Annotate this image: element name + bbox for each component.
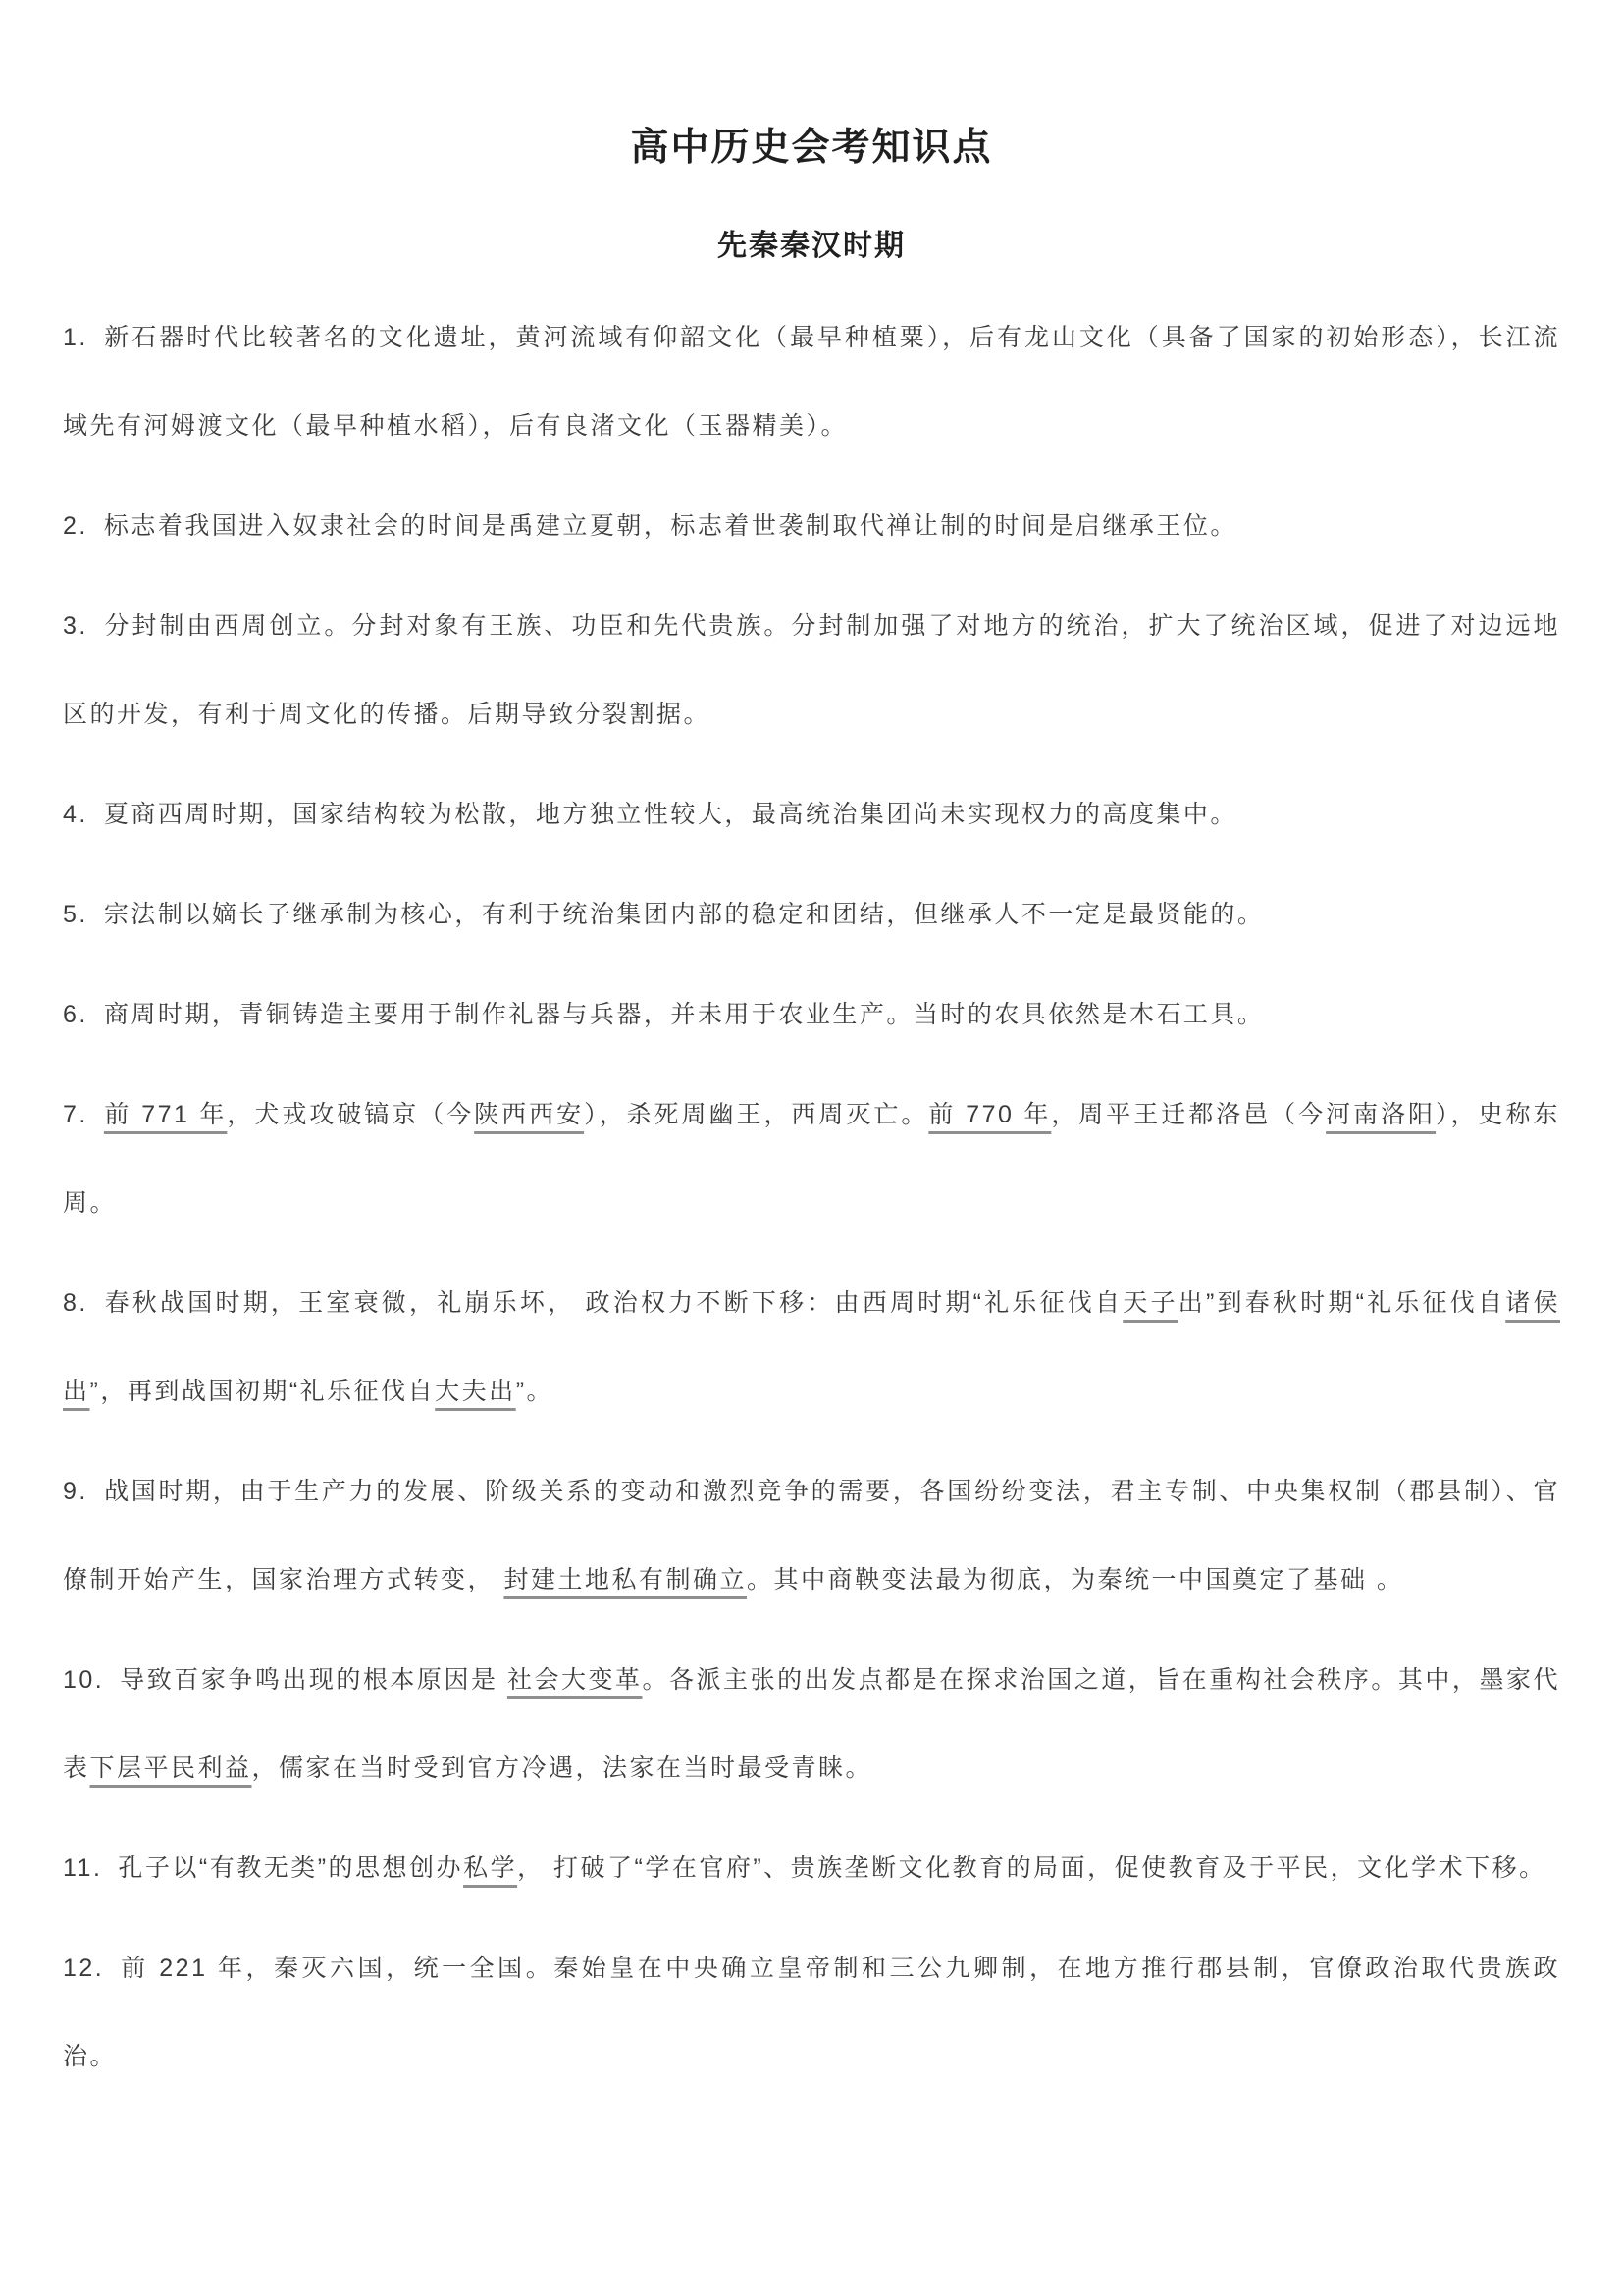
text-segment: 分封制由西周创立。分封对象有王族、功臣和先代贵族。分封制加强了对地方的统治，扩大… — [63, 612, 1560, 728]
item-number: 5. — [63, 901, 88, 928]
text-segment: 商周时期，青铜铸造主要用于制作礼器与兵器，并未用于农业生产。当时的农具依然是木石… — [104, 1001, 1265, 1028]
list-item: 1.新石器时代比较著名的文化遗址，黄河流域有仰韶文化（最早种植粟），后有龙山文化… — [63, 293, 1560, 470]
item-number: 3. — [63, 612, 88, 640]
item-number: 9. — [63, 1478, 88, 1505]
list-item: 4.夏商西周时期，国家结构较为松散，地方独立性较大，最高统治集团尚未实现权力的高… — [63, 770, 1560, 859]
list-item: 11.孔子以“有教无类”的思想创办私学， 打破了“学在官府”、贵族垄断文化教育的… — [63, 1824, 1560, 1912]
list-item: 9.战国时期，由于生产力的发展、阶级关系的变动和激烈竞争的需要，各国纷纷变法，君… — [63, 1447, 1560, 1624]
underlined-text: 河南洛阳 — [1326, 1101, 1436, 1128]
item-number: 11. — [63, 1854, 102, 1882]
list-item: 6.商周时期，青铜铸造主要用于制作礼器与兵器，并未用于农业生产。当时的农具依然是… — [63, 970, 1560, 1059]
text-segment: ”，再到战国初期“礼乐征伐自 — [90, 1378, 436, 1405]
document-page: 高中历史会考知识点 先秦秦汉时期 1.新石器时代比较著名的文化遗址，黄河流域有仰… — [0, 0, 1623, 2296]
underlined-text: 天子 — [1123, 1289, 1178, 1317]
list-item: 5.宗法制以嫡长子继承制为核心，有利于统治集团内部的稳定和团结，但继承人不一定是… — [63, 870, 1560, 959]
text-segment: 。其中商鞅变法最为彻底，为秦统一中国奠定了基础 。 — [747, 1566, 1403, 1593]
knowledge-points-list: 1.新石器时代比较著名的文化遗址，黄河流域有仰韶文化（最早种植粟），后有龙山文化… — [63, 293, 1560, 2101]
item-number: 1. — [63, 324, 88, 351]
text-segment: 孔子以“有教无类”的思想创办 — [118, 1854, 463, 1882]
underlined-text: 前 770 年 — [928, 1101, 1051, 1128]
item-number: 7. — [63, 1101, 88, 1128]
list-item: 8.春秋战国时期，王室衰微，礼崩乐坏， 政治权力不断下移：由西周时期“礼乐征伐自… — [63, 1259, 1560, 1435]
list-item: 2.标志着我国进入奴隶社会的时间是禹建立夏朝，标志着世袭制取代禅让制的时间是启继… — [63, 482, 1560, 570]
item-number: 4. — [63, 801, 88, 828]
text-segment: ”。 — [516, 1378, 553, 1405]
text-segment: ，周平王迁都洛邑（今 — [1051, 1101, 1326, 1128]
item-number: 10. — [63, 1666, 104, 1694]
item-number: 2. — [63, 512, 88, 540]
underlined-text: 私学 — [463, 1854, 517, 1882]
text-segment: 出”到春秋时期“礼乐征伐自 — [1178, 1289, 1506, 1317]
item-number: 8. — [63, 1289, 88, 1317]
list-item: 10.导致百家争鸣出现的根本原因是 社会大变革。各派主张的出发点都是在探求治国之… — [63, 1636, 1560, 1812]
text-segment: ，儒家在当时受到官方冷遇，法家在当时最受青睐。 — [252, 1754, 873, 1782]
list-item: 7.前 771 年，犬戎攻破镐京（今陕西西安），杀死周幽王，西周灭亡。前 770… — [63, 1070, 1560, 1247]
text-segment: 新石器时代比较著名的文化遗址，黄河流域有仰韶文化（最早种植粟），后有龙山文化（具… — [63, 324, 1560, 440]
section-heading: 先秦秦汉时期 — [63, 229, 1560, 264]
text-segment: ， 打破了“学在官府”、贵族垄断文化教育的局面，促使教育及于平民，文化学术下移。 — [517, 1854, 1546, 1882]
underlined-text: 前 771 年 — [104, 1101, 228, 1128]
underlined-text: 下层平民利益 — [90, 1754, 252, 1782]
underlined-text: 大夫出 — [435, 1378, 516, 1405]
underlined-text: 封建土地私有制确立 — [503, 1566, 747, 1593]
list-item: 12.前 221 年，秦灭六国，统一全国。秦始皇在中央确立皇帝制和三公九卿制，在… — [63, 1924, 1560, 2101]
text-segment: 导致百家争鸣出现的根本原因是 — [120, 1666, 507, 1694]
underlined-text: 陕西西安 — [474, 1101, 584, 1128]
underlined-text: 社会大变革 — [507, 1666, 643, 1694]
text-segment: 宗法制以嫡长子继承制为核心，有利于统治集团内部的稳定和团结，但继承人不一定是最贤… — [104, 901, 1265, 928]
text-segment: 春秋战国时期，王室衰微，礼崩乐坏， 政治权力不断下移：由西周时期“礼乐征伐自 — [104, 1289, 1123, 1317]
text-segment: ），杀死周幽王，西周灭亡。 — [584, 1101, 928, 1128]
text-segment: 夏商西周时期，国家结构较为松散，地方独立性较大，最高统治集团尚未实现权力的高度集… — [104, 801, 1237, 828]
text-segment: ，犬戎攻破镐京（今 — [227, 1101, 474, 1128]
list-item: 3.分封制由西周创立。分封对象有王族、功臣和先代贵族。分封制加强了对地方的统治，… — [63, 582, 1560, 758]
text-segment: 前 221 年，秦灭六国，统一全国。秦始皇在中央确立皇帝制和三公九卿制，在地方推… — [63, 1955, 1560, 2070]
page-title: 高中历史会考知识点 — [63, 126, 1560, 172]
item-number: 6. — [63, 1001, 88, 1028]
item-number: 12. — [63, 1955, 104, 1982]
text-segment: 标志着我国进入奴隶社会的时间是禹建立夏朝，标志着世袭制取代禅让制的时间是启继承王… — [104, 512, 1237, 540]
